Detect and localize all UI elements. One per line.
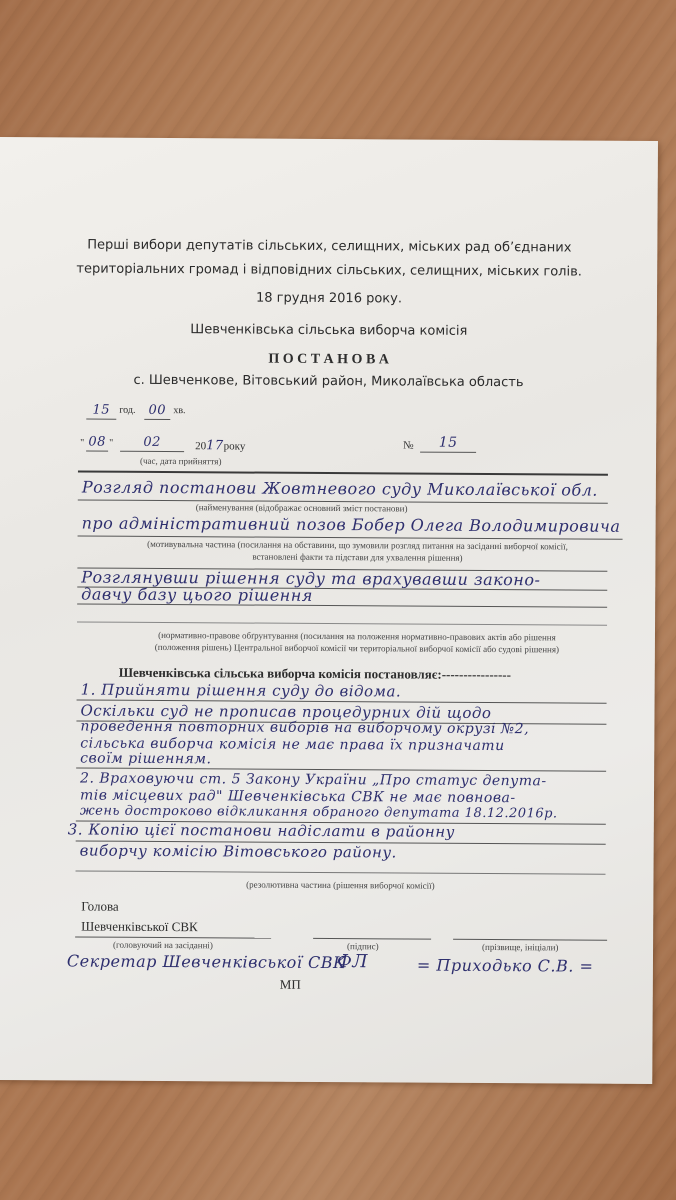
resolution-line: 3. Копію цієї постанови надіслати в райо…	[68, 820, 455, 840]
secretary-name: = Приходько С.В. =	[417, 956, 594, 976]
motivation-caption-line-1: (мотивувальна частина (посилання на обст…	[77, 538, 637, 551]
location: с. Шевченкове, Вітовський район, Миколаї…	[0, 372, 659, 391]
minutes-label: хв.	[173, 405, 185, 416]
secretary-handwritten: Секретар Шевченківської СВК	[67, 951, 346, 972]
resolution-line: 2. Враховуючи ст. 5 Закону України „Про …	[80, 771, 547, 790]
date-month-field: 02	[120, 433, 184, 452]
header-line-1: Перші вибори депутатів сільських, селищн…	[0, 237, 659, 256]
divider-line	[78, 470, 608, 475]
motivation-handwritten: про адміністративний позов Бобер Олега В…	[82, 514, 621, 536]
head-role-line	[75, 936, 271, 938]
date-quote-open: "	[80, 437, 84, 448]
date-caption: (час, дата прийняття)	[140, 456, 221, 466]
resolution-line: проведення повторних виборів на виборчом…	[80, 719, 529, 738]
caption-role: (головуючий на засіданні)	[113, 940, 213, 951]
resolution-line: своїм рішенням.	[80, 751, 211, 768]
legal-basis-caption-line-2: (положення рішень) Центральної виборчої …	[57, 641, 657, 655]
document-type-title: П О С Т А Н О В А	[0, 350, 659, 370]
legal-basis-underline-2	[77, 603, 607, 607]
commission-name: Шевченківська сільська виборча комісія	[0, 321, 659, 340]
document-page: Перші вибори депутатів сільських, селищн…	[0, 137, 658, 1084]
number-label: №	[403, 439, 414, 451]
seal-label: МП	[280, 977, 301, 993]
document-number-field: 15	[420, 434, 476, 453]
resolution-title-handwritten: Розгляд постанови Жовтневого суду Микола…	[82, 478, 598, 500]
resolution-line: виборчу комісію Вітовського району.	[80, 842, 397, 862]
head-label-line-1: Голова	[81, 899, 119, 915]
head-signature-line	[313, 938, 431, 940]
election-date: 18 грудня 2016 року.	[0, 289, 659, 308]
legal-basis-underline-3	[77, 621, 607, 625]
resolution-line: 1. Прийняти рішення суду до відома.	[81, 681, 402, 701]
header-line-2: територіальних громад і відповідних сіль…	[0, 261, 659, 280]
time-minutes-field: 00	[144, 401, 170, 420]
caption-signature: (підпис)	[347, 941, 379, 951]
legal-basis-handwritten-line-2: давчу базу цього рішення	[81, 585, 313, 605]
date-day-field: 08	[86, 433, 108, 452]
resolution-underline	[76, 870, 606, 874]
motivation-caption-line-2: встановлені факти та підстави для ухвале…	[77, 550, 637, 563]
resolution-caption: (резолютивна частина (рішення виборчої к…	[75, 878, 605, 891]
date-year-field: 2017року	[195, 438, 245, 453]
resolution-line: жень достроково відкликання обраного деп…	[80, 804, 558, 822]
time-hours-field: 15	[86, 401, 116, 420]
caption-name: (прізвище, ініціали)	[482, 942, 558, 952]
date-quote-close: "	[109, 438, 113, 449]
head-label-line-2: Шевченківської СВК	[81, 919, 198, 936]
head-name-line	[453, 939, 607, 941]
hours-label: год.	[119, 405, 135, 416]
secretary-signature: ФЛ	[337, 951, 368, 972]
title-caption: (найменування (відображає основний зміст…	[196, 502, 408, 513]
